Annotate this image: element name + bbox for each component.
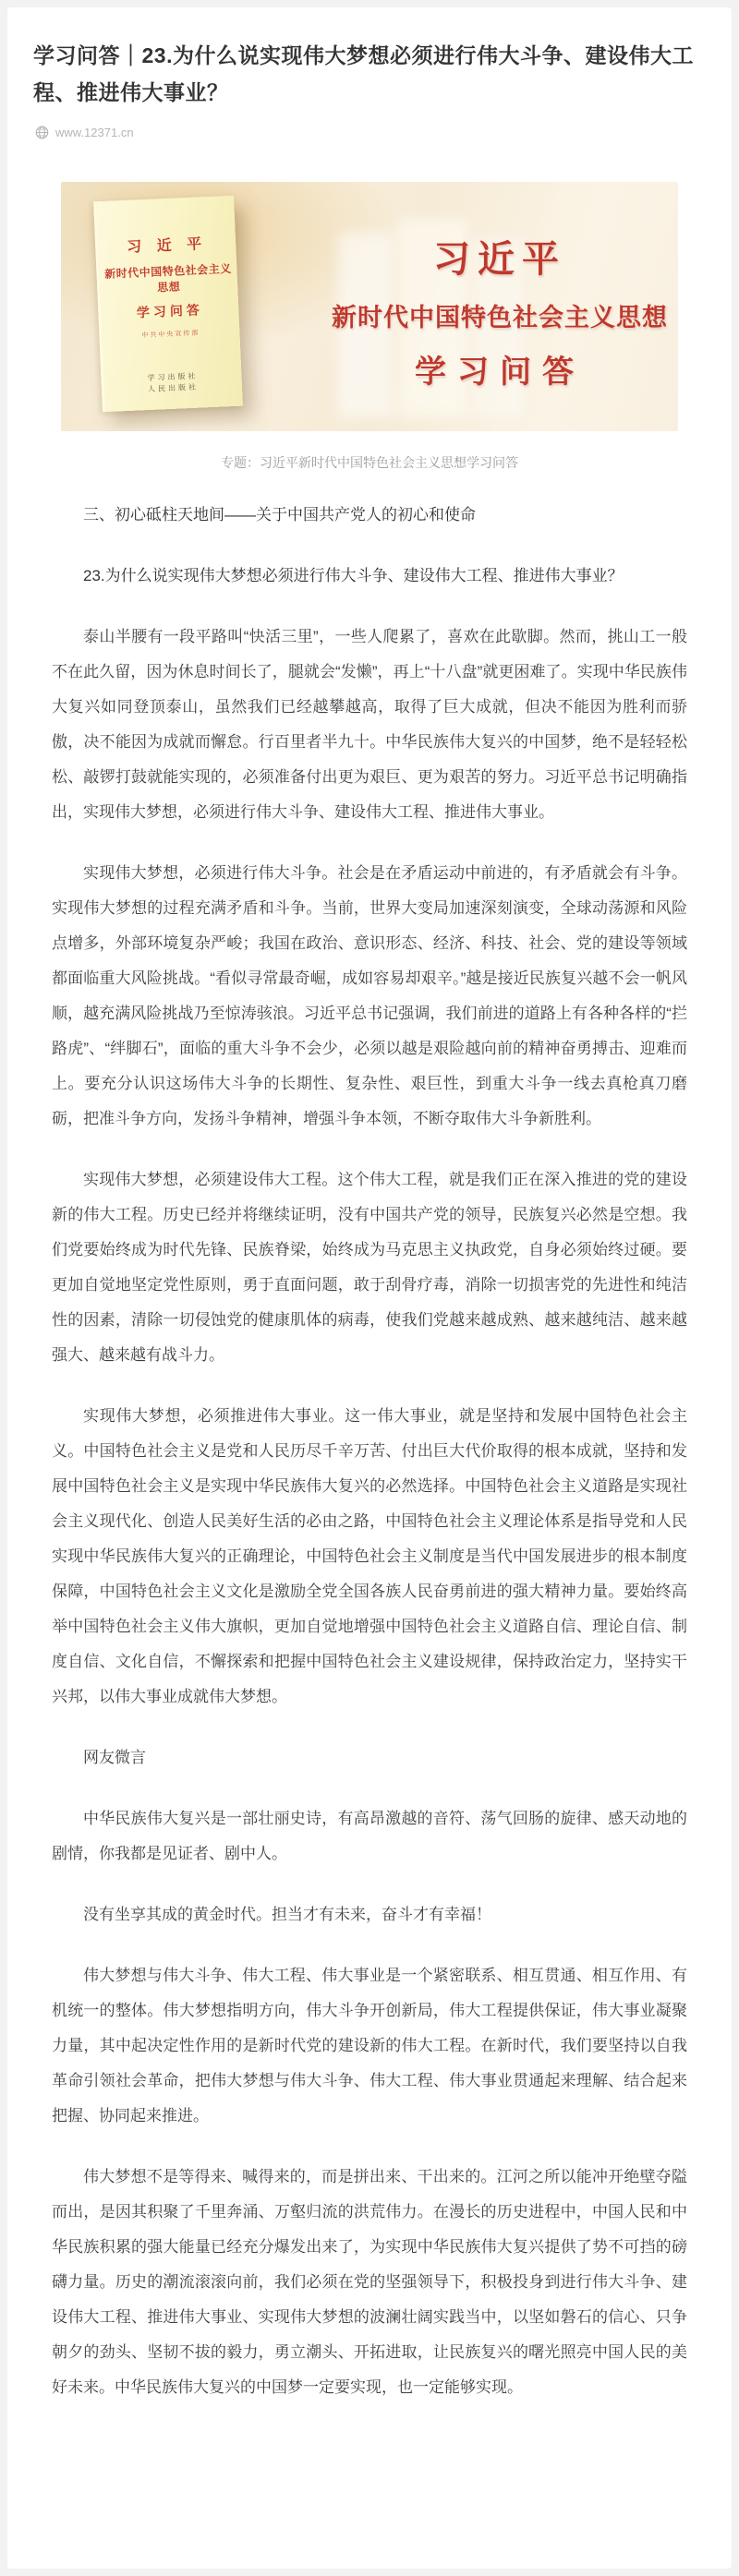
banner-headline-line3: 学习问答 (329, 346, 671, 391)
book-title-line2: 新时代中国特色社会主义思想 (99, 260, 237, 297)
article-card: 学习问答｜23.为什么说实现伟大梦想必须进行伟大斗争、建设伟大工程、推进伟大事业… (7, 7, 732, 2569)
book-title-line3: 学习问答 (136, 300, 203, 321)
globe-icon (35, 126, 49, 139)
netizen-paragraph: 伟大梦想不是等得来、喊得来的，而是拼出来、干出来的。江河之所以能冲开绝壁夺隘而出… (52, 2160, 687, 2405)
book-subtitle: 中共中央宣传部 (141, 329, 200, 341)
netizen-section-heading: 网友微言 (52, 1740, 687, 1776)
article-paragraph: 实现伟大梦想，必须进行伟大斗争。社会是在矛盾运动中前进的，有矛盾就会有斗争。实现… (52, 856, 687, 1137)
source-site-label: www.12371.cn (55, 126, 134, 139)
question-heading: 23.为什么说实现伟大梦想必须进行伟大斗争、建设伟大工程、推进伟大事业？ (52, 559, 687, 594)
article-body: 三、初心砥柱天地间——关于中国共产党人的初心和使命 23.为什么说实现伟大梦想必… (33, 498, 706, 2405)
page-title: 学习问答｜23.为什么说实现伟大梦想必须进行伟大斗争、建设伟大工程、推进伟大事业… (33, 37, 706, 111)
section-heading: 三、初心砥柱天地间——关于中国共产党人的初心和使命 (52, 498, 687, 533)
article-paragraph: 实现伟大梦想，必须建设伟大工程。这个伟大工程，就是我们正在深入推进的党的建设新的… (52, 1162, 687, 1373)
book-publisher-2: 人民出版社 (148, 382, 199, 395)
banner-headline-line1: 习近平 (329, 230, 671, 283)
banner-headline-line2: 新时代中国特色社会主义思想 (329, 297, 671, 333)
book-cover: 习 近 平 新时代中国特色社会主义思想 学习问答 中共中央宣传部 学习出版社 人… (93, 196, 243, 412)
netizen-paragraph: 中华民族伟大复兴是一部壮丽史诗，有高昂激越的音符、荡气回肠的旋律、感天动地的剧情… (52, 1801, 687, 1872)
article-hero-image: 习 近 平 新时代中国特色社会主义思想 学习问答 中共中央宣传部 学习出版社 人… (61, 182, 678, 431)
book-publishers: 学习出版社 人民出版社 (147, 371, 199, 395)
source-row: www.12371.cn (35, 126, 706, 139)
image-caption: 专题：习近平新时代中国特色社会主义思想学习问答 (33, 453, 706, 472)
article-paragraph: 泰山半腰有一段平路叫“快活三里”，一些人爬累了，喜欢在此歇脚。然而，挑山工一般不… (52, 620, 687, 830)
netizen-paragraph: 伟大梦想与伟大斗争、伟大工程、伟大事业是一个紧密联系、相互贯通、相互作用、有机统… (52, 1958, 687, 2134)
netizen-paragraph: 没有坐享其成的黄金时代。担当才有未来，奋斗才有幸福！ (52, 1897, 687, 1932)
banner-headline: 习近平 新时代中国特色社会主义思想 学习问答 (329, 230, 671, 391)
book-title-line1: 习 近 平 (127, 232, 208, 257)
article-paragraph: 实现伟大梦想，必须推进伟大事业。这一伟大事业，就是坚持和发展中国特色社会主义。中… (52, 1399, 687, 1715)
